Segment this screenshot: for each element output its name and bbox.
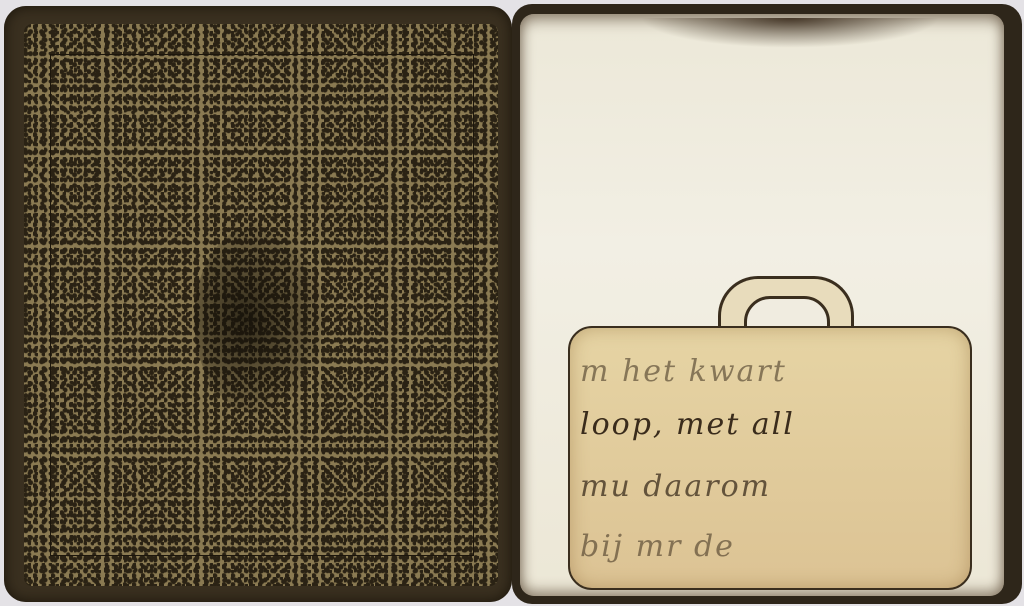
tin-lid bbox=[4, 6, 512, 602]
handwriting-line-2: loop, met all bbox=[580, 407, 795, 442]
white-interior: m het kwart loop, met all mu daarom bij … bbox=[520, 14, 1004, 596]
speckled-lid-surface bbox=[24, 24, 498, 586]
handwriting-line-1: m het kwart bbox=[580, 354, 787, 389]
burn-mark bbox=[640, 18, 940, 48]
handwriting-line-4: bij mr de bbox=[580, 529, 735, 564]
tin-body: m het kwart loop, met all mu daarom bij … bbox=[512, 4, 1022, 604]
faded-emblem bbox=[194, 224, 324, 414]
handwriting-line-3: mu daarom bbox=[580, 469, 771, 504]
